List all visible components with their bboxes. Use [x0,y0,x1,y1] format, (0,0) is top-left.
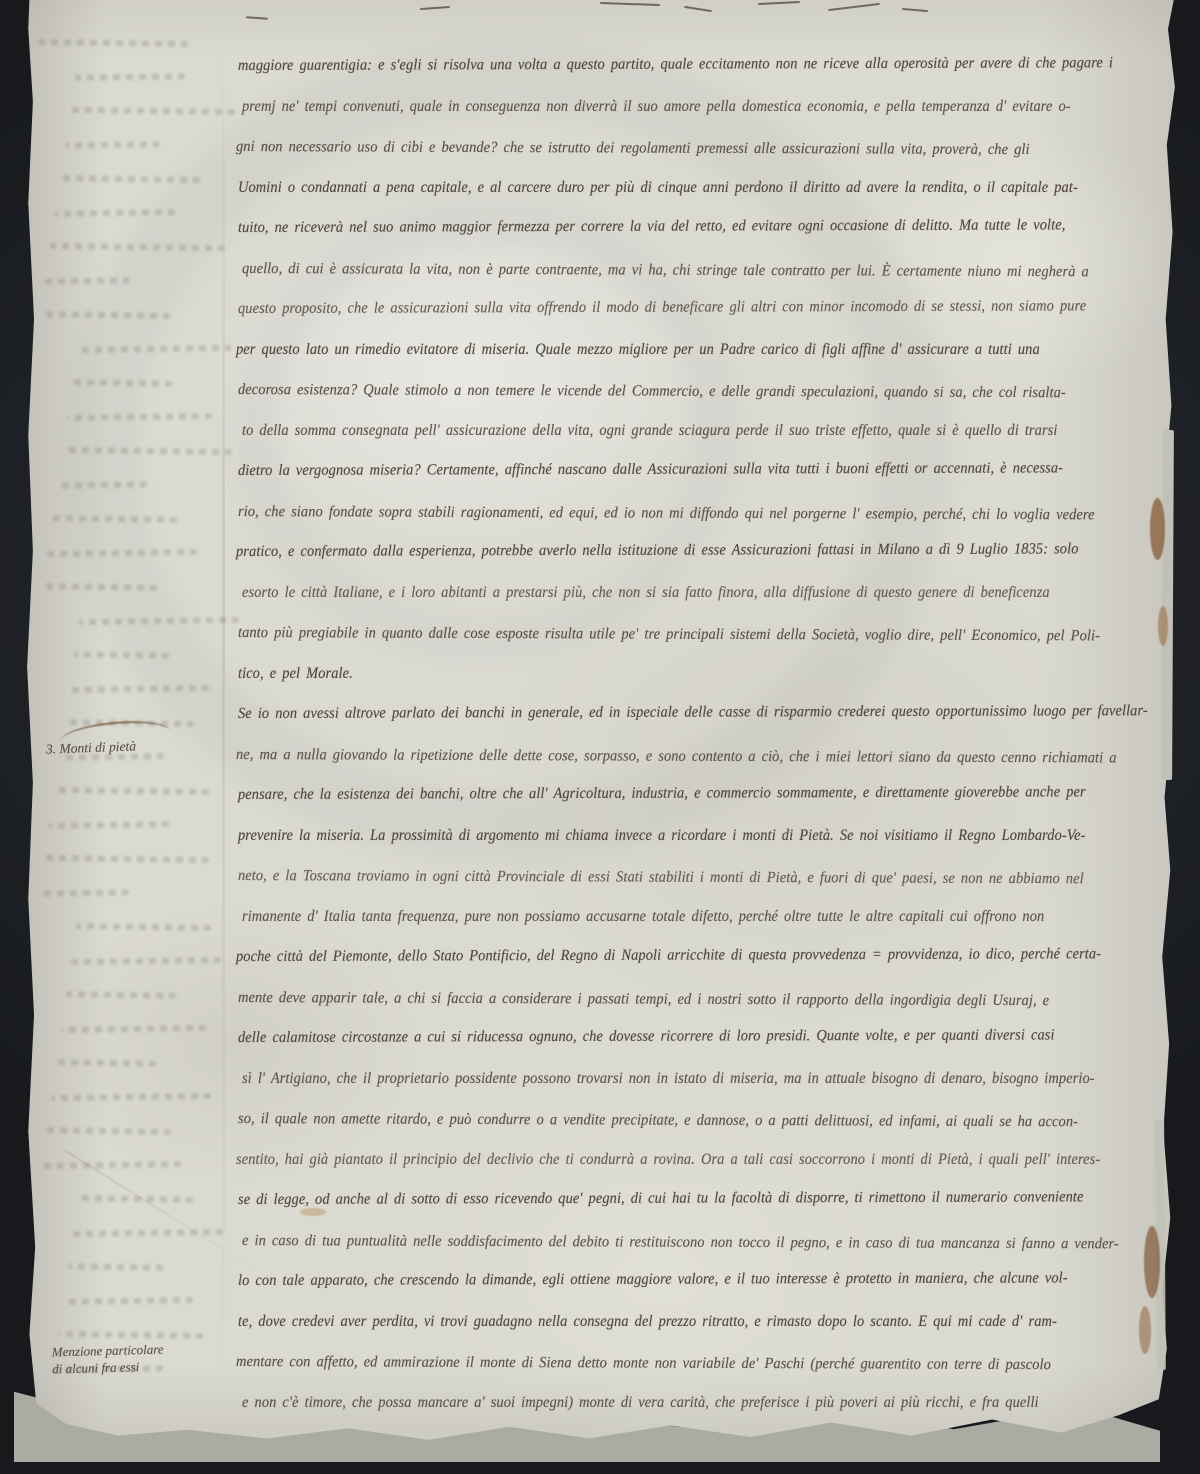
bleedthrough-row [73,1229,223,1237]
manuscript-line: questo proposito, che le assicurazioni s… [238,286,1117,329]
manuscript-line: delle calamitose circostanze a cui si ri… [238,1015,1117,1058]
bleedthrough-row [42,583,157,591]
manuscript-line: e non c'è timore, che possa mancare a' s… [242,1383,1117,1424]
bleedthrough-row [78,1195,193,1203]
manuscript-line: poche città del Piemonte, dello Stato Po… [236,934,1117,977]
ink-stain [1139,1306,1151,1354]
manuscript-line: neto, e la Toscana troviamo in ogni citt… [238,856,1117,900]
manuscript-line: esorto le città Italiane, e i loro abita… [242,573,1117,614]
manuscript-text-block: maggiore guarentigia: e s'egli si risolv… [238,46,1183,1423]
manuscript-line: pensare, che la esistenza dei banchi, ol… [238,772,1117,815]
bleedthrough-row [69,685,209,693]
margin-note-line: Menzione particolare [52,1341,164,1361]
manuscript-line: to della somma consegnata pell' assicura… [242,411,1117,452]
manuscript-line: tuito, ne riceverà nel suo animo maggior… [238,205,1117,248]
margin-note-monti-di-pieta: 3. Monti di pietà [46,738,137,757]
bleedthrough-row [72,379,172,386]
bleedthrough-row [70,107,235,115]
ink-stain [1150,498,1165,560]
manuscript-line: se di legge, od anche al di sotto di ess… [238,1177,1117,1220]
bleedthrough-row [40,311,170,319]
bleedthrough-row [52,515,177,523]
manuscript-line: tanto più pregiabile in quanto dalle cos… [238,613,1117,657]
bleedthrough-row [79,617,239,625]
manuscript-line: pratico, e confermato dalla esperienza, … [236,529,1117,572]
bleedthrough-row [56,1059,156,1066]
bleedthrough-row [46,1127,171,1135]
bleedthrough-row [57,481,147,488]
bleedthrough-row [66,991,176,999]
bleedthrough-row [49,821,169,829]
bleedthrough-row [54,787,209,795]
bleedthrough-row [77,345,232,353]
bleedthrough-row [65,141,160,148]
manuscript-line: gni non necessario uso di cibi e bevande… [236,127,1117,171]
ink-stain [1158,606,1168,646]
bleedthrough-row [71,957,221,965]
manuscript-line: decorosa esistenza? Quale stimolo a non … [238,370,1117,414]
bleedthrough-row [58,1331,203,1339]
ink-stain [1144,1226,1160,1298]
manuscript-line: tico, e pel Morale. [238,654,1117,695]
bleedthrough-row [76,923,211,931]
bleedthrough-row [63,1297,193,1305]
manuscript-paper: 3. Monti di pietà Menzione particolare d… [26,0,1176,1450]
bleedthrough-row [45,277,130,284]
manuscript-line: lo con tale apparato, che crescendo la d… [238,1258,1117,1301]
bleedthrough-row [60,175,200,183]
bleedthrough-row [50,243,225,251]
manuscript-line: rimanente d' Italia tanta frequenza, pur… [242,897,1117,938]
scanned-document-page: 3. Monti di pietà Menzione particolare d… [0,0,1200,1474]
ink-stain [300,1208,326,1216]
manuscript-line: maggiore guarentigia: e s'egli si risolv… [238,43,1117,86]
bleedthrough-row [75,73,185,81]
bleedthrough-row [74,651,169,658]
manuscript-line: prevenire la miseria. La prossimità di a… [238,816,1117,857]
bleedthrough-row [68,1263,163,1270]
manuscript-line: per questo lato un rimedio evitatore di … [236,330,1117,371]
bleedthrough-row [39,889,129,896]
margin-note-menzione-particolare: Menzione particolare di alcuni fra essi [52,1341,165,1378]
manuscript-line: dietro la vergognosa miseria? Certamente… [238,448,1117,491]
manuscript-line: premj ne' tempi convenuti, quale in cons… [242,87,1117,128]
bleedthrough-row [67,413,212,421]
manuscript-line: so, il quale non amette ritardo, e può c… [238,1099,1117,1143]
manuscript-line: Uomini o condannati a pena capitale, e a… [238,168,1117,209]
margin-note-line: di alcuni fra essi [52,1358,164,1378]
manuscript-line: te, dove credevi aver perdita, vi trovi … [238,1302,1117,1343]
bleedthrough-row [44,855,209,863]
bleedthrough-row [51,1093,211,1101]
manuscript-line: mentare con affetto, ed ammirazione il m… [236,1342,1117,1386]
bleedthrough-row [41,1161,181,1169]
bleedthrough-row [38,39,188,47]
manuscript-line: sì l' Artigiano, che il proprietario pos… [242,1059,1117,1100]
fore-edge-sliver [1161,430,1174,780]
manuscript-line: sentito, hai già piantato il principio d… [236,1140,1117,1181]
bleedthrough-row [47,549,197,557]
manuscript-line: Se io non avessi altrove parlato dei ban… [238,691,1117,734]
bleedthrough-row [61,1025,206,1033]
bleedthrough-row [55,209,175,217]
bleedthrough-row [62,447,232,455]
